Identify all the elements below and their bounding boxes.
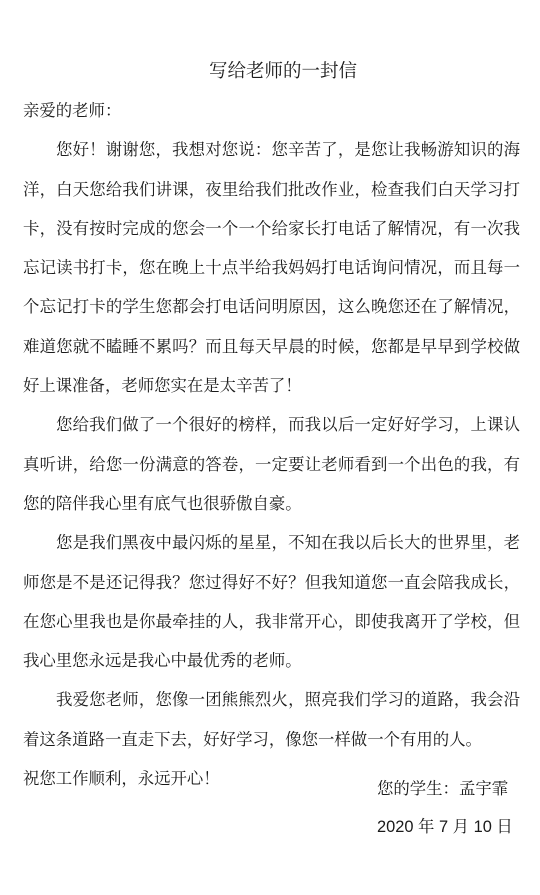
signature-block: 您的学生：孟宇霏 2020 年 7 月 10 日 (377, 769, 513, 847)
paragraph-3-line-4: 我心里您永远是我心中最优秀的老师。 (23, 641, 520, 680)
paragraph-3-line-2: 师您是不是还记得我？您过得好不好？但我知道您一直会陪我成长， (23, 563, 520, 602)
paragraph-2-line-3: 您的陪伴我心里有底气也很骄傲自豪。 (23, 484, 520, 523)
paragraph-1-line-3: 卡，没有按时完成的您会一个一个给家长打电话了解情况，有一次我 (23, 209, 520, 248)
paragraph-1-line-5: 个忘记打卡的学生您都会打电话问明原因，这么晚您还在了解情况， (23, 287, 520, 326)
signature-from: 您的学生：孟宇霏 (377, 769, 513, 808)
paragraph-3-line-3: 在您心里我也是你最牵挂的人，我非常开心，即使我离开了学校，但 (23, 602, 520, 641)
signature-date: 2020 年 7 月 10 日 (377, 808, 513, 847)
paragraph-3-line-1: 您是我们黑夜中最闪烁的星星，不知在我以后长大的世界里，老 (23, 523, 520, 562)
letter-page: 写给老师的一封信 亲爱的老师： 您好！谢谢您，我想对您说：您辛苦了，是您让我畅游… (0, 0, 540, 895)
letter-body: 亲爱的老师： 您好！谢谢您，我想对您说：您辛苦了，是您让我畅游知识的海 洋，白天… (23, 91, 520, 798)
paragraph-1-line-4: 忘记读书打卡，您在晚上十点半给我妈妈打电话询问情况，而且每一 (23, 248, 520, 287)
letter-title: 写给老师的一封信 (0, 58, 540, 86)
paragraph-1-line-2: 洋，白天您给我们讲课，夜里给我们批改作业，检查我们白天学习打 (23, 170, 520, 209)
paragraph-2-line-1: 您给我们做了一个很好的榜样，而我以后一定好好学习，上课认 (23, 405, 520, 444)
paragraph-1-line-1: 您好！谢谢您，我想对您说：您辛苦了，是您让我畅游知识的海 (23, 130, 520, 169)
paragraph-4-line-1: 我爱您老师，您像一团熊熊烈火，照亮我们学习的道路，我会沿 (23, 680, 520, 719)
paragraph-1-line-7: 好上课准备，老师您实在是太辛苦了！ (23, 366, 520, 405)
salutation: 亲爱的老师： (23, 91, 520, 130)
paragraph-2-line-2: 真听讲，给您一份满意的答卷，一定要让老师看到一个出色的我，有 (23, 445, 520, 484)
paragraph-1-line-6: 难道您就不瞌睡不累吗？而且每天早晨的时候，您都是早早到学校做 (23, 327, 520, 366)
paragraph-4-line-2: 着这条道路一直走下去，好好学习，像您一样做一个有用的人。 (23, 720, 520, 759)
